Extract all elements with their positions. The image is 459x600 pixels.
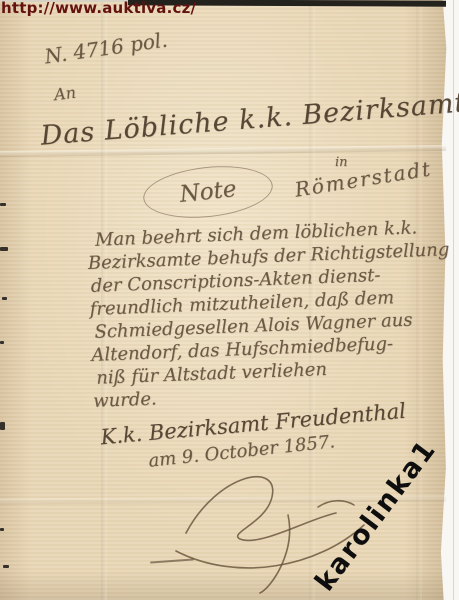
scan-speck <box>0 528 4 531</box>
auction-site-url: http://www.auktiva.cz/ <box>1 0 196 17</box>
address-preposition: in <box>335 155 348 170</box>
scanned-letter-photo: N. 4716 pol. An Das Löbliche k.k. Bezirk… <box>0 0 459 600</box>
scan-speck <box>0 203 6 206</box>
scan-speck <box>0 341 4 344</box>
scan-speck <box>0 247 8 251</box>
scan-speck <box>3 565 9 568</box>
scan-speck <box>2 297 7 300</box>
letter-body: Man beehrt sich dem löblichen k.k. Bezir… <box>87 215 455 413</box>
scan-speck <box>0 422 5 430</box>
address-salutation: An <box>53 83 77 105</box>
circled-note-text: Note <box>178 176 237 208</box>
